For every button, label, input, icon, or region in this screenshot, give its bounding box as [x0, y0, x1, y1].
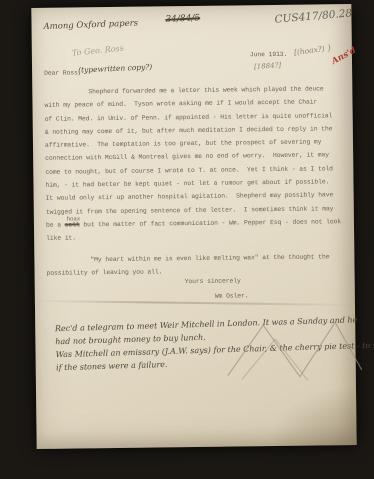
reference-number: CUS417/80.28: [274, 7, 352, 25]
archivist-note-top-left: Among Oxford papers: [43, 18, 138, 32]
paper-crease: [35, 300, 355, 305]
typed-line-with-correction: be a hoaxsell but the matter of fact com…: [46, 215, 341, 232]
correction-group: hoaxsell: [65, 218, 80, 231]
inserted-word: hoax: [67, 212, 81, 225]
letter-body-paragraph-2: "My heart within me is even like melting…: [46, 250, 346, 280]
pencil-note-below-date: [1884?]: [254, 61, 281, 71]
photographed-letter-background: { "archive_marks": { "top_left_note": "A…: [0, 0, 374, 479]
letter-body-paragraph-1: Shepherd forwarded me a letter this week…: [44, 82, 346, 219]
corrected-line-continuation: like it.: [46, 231, 76, 245]
letter-page: Among Oxford papers 34/84/5 CUS417/80.28…: [31, 4, 356, 449]
closing: Yours sincerely: [185, 277, 241, 285]
cancelled-shelfmark: 34/84/5: [165, 13, 200, 25]
faint-pencil-note: To Geo. Ross: [72, 44, 125, 58]
corner-shadow: [266, 385, 357, 446]
pencil-scribble: [223, 312, 364, 386]
corrected-line-pre: be a: [46, 222, 65, 229]
salutation-annotation: (typewritten copy?): [78, 62, 153, 74]
pencil-note-beside-date: [(hoax?) }: [293, 43, 332, 57]
signature: Wm Osler.: [215, 292, 249, 299]
salutation: Dear Ross,: [44, 69, 81, 76]
corrected-line-post: but the matter of fact communication - W…: [80, 218, 342, 228]
typed-date: June 1913.: [250, 51, 287, 58]
red-ink-note: Ans'd: [330, 46, 358, 67]
